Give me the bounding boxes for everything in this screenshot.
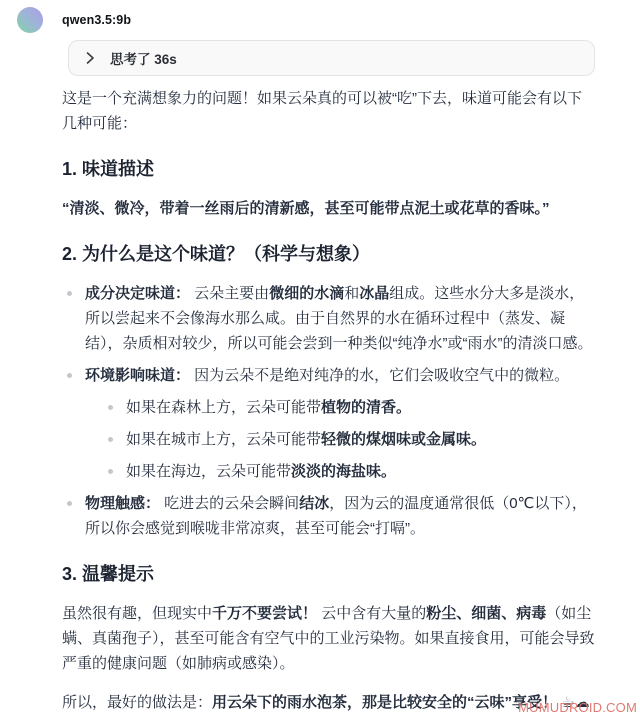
conclusion-paragraph: 所以，最好的做法是：用云朵下的雨水泡茶，那是比较安全的“云味”享受！ ☕☁ — [62, 690, 595, 715]
heading-taste-description: 1. 味道描述 — [62, 156, 595, 182]
text: 如果在森林上方，云朵可能带 — [126, 399, 321, 416]
heading-why-this-taste: 2. 为什么是这个味道？（科学与想象） — [62, 241, 595, 267]
bullet-icon — [67, 373, 72, 378]
bold-text: 2. 为什么是这个味道？（科学与想象） — [62, 244, 370, 264]
bold-text: 环境影响味道： — [85, 367, 190, 384]
text: 所以，最好的做法是： — [62, 694, 212, 711]
text: 虽然很有趣，但现实中 — [62, 605, 212, 622]
bold-text: 用云朵下的雨水泡茶，那是比较安全的“云味”享受！ — [212, 694, 557, 711]
bold-text: 物理触感： — [85, 495, 160, 512]
bullet-icon — [67, 291, 72, 296]
quote-paragraph: “清淡、微冷，带着一丝雨后的清新感，甚至可能带点泥土或花草的香味。” — [62, 196, 595, 221]
intro-paragraph: 这是一个充满想象力的问题！如果云朵真的可以被“吃”下去，味道可能会有以下几种可能… — [62, 86, 595, 136]
bold-text: 3. 温馨提示 — [62, 564, 154, 584]
bold-text: 植物的清香。 — [321, 399, 411, 416]
list-item: 如果在城市上方，云朵可能带轻微的煤烟味或金属味。 — [103, 427, 595, 452]
text: 云朵主要由 — [190, 285, 269, 302]
text: 和 — [344, 285, 359, 302]
list-item: 环境影响味道： 因为云朵不是绝对纯净的水，它们会吸收空气中的微粒。 — [62, 363, 595, 388]
list-item-text: 如果在城市上方，云朵可能带轻微的煤烟味或金属味。 — [126, 427, 595, 452]
assistant-message: qwen3.5:9b 思考了 36s 这是一个充满想象力的问题！如果云朵真的可以… — [0, 0, 640, 715]
list-item: 物理触感： 吃进去的云朵会瞬间结冰，因为云的温度通常很低（0℃以下），所以你会感… — [62, 491, 595, 541]
thinking-toggle[interactable]: 思考了 36s — [68, 40, 595, 76]
taste-reason-list: 成分决定味道： 云朵主要由微细的水滴和冰晶组成。这些水分大多是淡水，所以尝起来不… — [62, 281, 595, 541]
list-item-text: 如果在海边，云朵可能带淡淡的海盐味。 — [126, 459, 595, 484]
bold-text: 粉尘、细菌、病毒 — [426, 605, 546, 622]
bullet-icon — [67, 501, 72, 506]
bold-text: 微细的水滴 — [269, 285, 344, 302]
bold-text: “清淡、微冷，带着一丝雨后的清新感，甚至可能带点泥土或花草的香味。” — [62, 200, 550, 217]
bullet-icon — [108, 469, 113, 474]
list-item: 成分决定味道： 云朵主要由微细的水滴和冰晶组成。这些水分大多是淡水，所以尝起来不… — [62, 281, 595, 356]
warning-paragraph: 虽然很有趣，但现实中千万不要尝试！ 云中含有大量的粉尘、细菌、病毒（如尘螨、真菌… — [62, 601, 595, 676]
message-body: 思考了 36s 这是一个充满想象力的问题！如果云朵真的可以被“吃”下去，味道可能… — [62, 40, 595, 715]
heading-warm-tips: 3. 温馨提示 — [62, 561, 595, 587]
model-avatar — [17, 7, 43, 33]
list-item-text: 成分决定味道： 云朵主要由微细的水滴和冰晶组成。这些水分大多是淡水，所以尝起来不… — [85, 281, 595, 356]
text: 云中含有大量的 — [317, 605, 426, 622]
list-item: 如果在森林上方，云朵可能带植物的清香。 — [103, 395, 595, 420]
list-item-text: 如果在森林上方，云朵可能带植物的清香。 — [126, 395, 595, 420]
message-header: qwen3.5:9b — [17, 7, 595, 33]
bold-text: 结冰 — [299, 495, 329, 512]
list-item: 如果在海边，云朵可能带淡淡的海盐味。 — [103, 459, 595, 484]
bold-text: 千万不要尝试！ — [212, 605, 317, 622]
model-name: qwen3.5:9b — [62, 13, 131, 27]
text: 吃进去的云朵会瞬间 — [160, 495, 299, 512]
bold-text: 轻微的煤烟味或金属味。 — [321, 431, 486, 448]
thinking-duration-label: 思考了 36s — [110, 48, 177, 68]
markdown-content: 这是一个充满想象力的问题！如果云朵真的可以被“吃”下去，味道可能会有以下几种可能… — [62, 76, 595, 715]
text: 因为云朵不是绝对纯净的水，它们会吸收空气中的微粒。 — [190, 367, 569, 384]
bullet-icon — [108, 405, 113, 410]
bold-text: 冰晶 — [359, 285, 389, 302]
text: 如果在海边，云朵可能带 — [126, 463, 291, 480]
bold-text: 1. 味道描述 — [62, 159, 154, 179]
list-item-text: 环境影响味道： 因为云朵不是绝对纯净的水，它们会吸收空气中的微粒。 — [85, 363, 595, 388]
bullet-icon — [108, 437, 113, 442]
chevron-right-icon — [85, 51, 95, 65]
list-item-text: 物理触感： 吃进去的云朵会瞬间结冰，因为云的温度通常很低（0℃以下），所以你会感… — [85, 491, 595, 541]
bold-text: 淡淡的海盐味。 — [291, 463, 396, 480]
text: 这是一个充满想象力的问题！如果云朵真的可以被“吃”下去，味道可能会有以下几种可能… — [62, 90, 582, 132]
text: 如果在城市上方，云朵可能带 — [126, 431, 321, 448]
watermark: MUMUDROID.COM — [518, 700, 637, 715]
bold-text: 成分决定味道： — [85, 285, 190, 302]
